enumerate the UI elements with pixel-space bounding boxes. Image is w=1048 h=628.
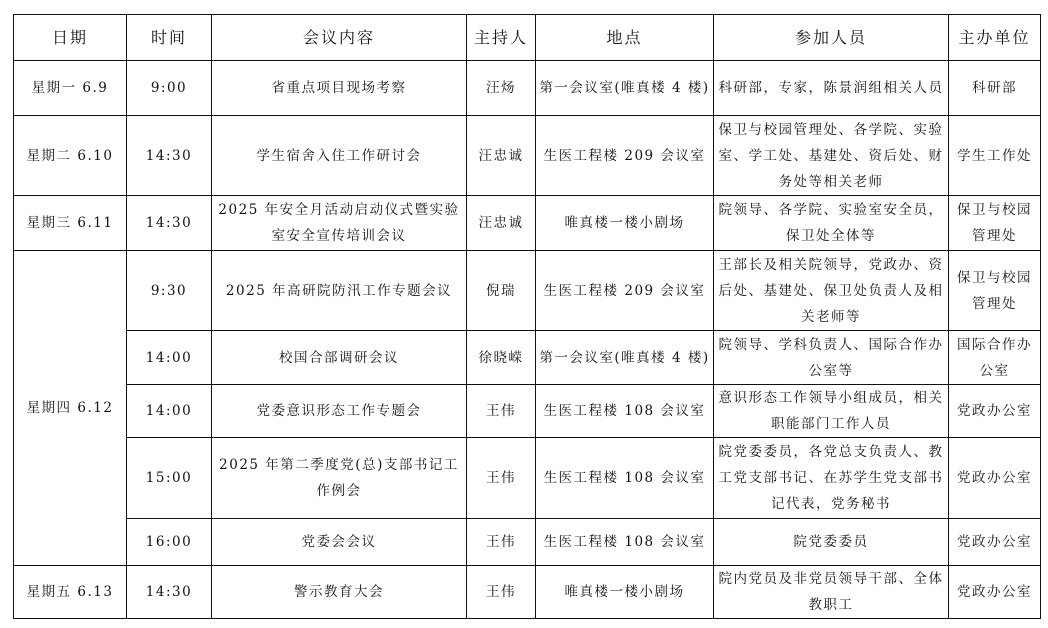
attendees-cell: 保卫与校园管理处、各学院、实验室、学工处、基建处、资后处、财务处等相关老师 xyxy=(714,116,949,196)
topic-cell: 党委意识形态工作专题会 xyxy=(212,385,467,438)
host-cell: 王伟 xyxy=(467,519,536,566)
location-cell: 第一会议室(唯真楼 4 楼) xyxy=(536,331,714,385)
topic-cell: 2025 年第二季度党(总)支部书记工作例会 xyxy=(212,438,467,519)
attendees-cell: 科研部，专家，陈景润组相关人员 xyxy=(714,61,949,116)
table-row: 14:00 校国合部调研会议 徐晓嵘 第一会议室(唯真楼 4 楼) 院领导、学科… xyxy=(14,331,1041,385)
meeting-schedule-table: 日期 时间 会议内容 主持人 地点 参加人员 主办单位 星期一 6.9 9:00… xyxy=(13,14,1041,619)
host-cell: 汪忠诚 xyxy=(467,116,536,196)
host-cell: 徐晓嵘 xyxy=(467,331,536,385)
date-cell: 星期二 6.10 xyxy=(14,116,127,196)
organizer-cell: 党政办公室 xyxy=(949,566,1041,619)
organizer-cell: 科研部 xyxy=(949,61,1041,116)
date-cell: 星期三 6.11 xyxy=(14,196,127,251)
date-cell: 星期五 6.13 xyxy=(14,566,127,619)
header-topic: 会议内容 xyxy=(212,15,467,61)
organizer-cell: 党政办公室 xyxy=(949,438,1041,519)
time-cell: 9:30 xyxy=(127,251,212,331)
table-row: 星期二 6.10 14:30 学生宿舍入住工作研讨会 汪忠诚 生医工程楼 209… xyxy=(14,116,1041,196)
table-row: 15:00 2025 年第二季度党(总)支部书记工作例会 王伟 生医工程楼 10… xyxy=(14,438,1041,519)
location-cell: 唯真楼一楼小剧场 xyxy=(536,566,714,619)
header-organizer: 主办单位 xyxy=(949,15,1041,61)
time-cell: 9:00 xyxy=(127,61,212,116)
host-cell: 汪炀 xyxy=(467,61,536,116)
location-cell: 生医工程楼 209 会议室 xyxy=(536,251,714,331)
time-cell: 14:00 xyxy=(127,385,212,438)
attendees-cell: 王部长及相关院领导，党政办、资后处、基建处、保卫处负责人及相关老师等 xyxy=(714,251,949,331)
organizer-cell: 学生工作处 xyxy=(949,116,1041,196)
organizer-cell: 保卫与校园管理处 xyxy=(949,196,1041,251)
topic-cell: 2025 年高研院防汛工作专题会议 xyxy=(212,251,467,331)
table-row: 星期四 6.12 9:30 2025 年高研院防汛工作专题会议 倪瑞 生医工程楼… xyxy=(14,251,1041,331)
organizer-cell: 国际合作办公室 xyxy=(949,331,1041,385)
table-row: 16:00 党委会会议 王伟 生医工程楼 108 会议室 院党委委员 党政办公室 xyxy=(14,519,1041,566)
organizer-cell: 党政办公室 xyxy=(949,385,1041,438)
time-cell: 15:00 xyxy=(127,438,212,519)
location-cell: 生医工程楼 108 会议室 xyxy=(536,385,714,438)
header-location: 地点 xyxy=(536,15,714,61)
time-cell: 16:00 xyxy=(127,519,212,566)
location-cell: 生医工程楼 209 会议室 xyxy=(536,116,714,196)
date-cell: 星期一 6.9 xyxy=(14,61,127,116)
topic-cell: 警示教育大会 xyxy=(212,566,467,619)
host-cell: 王伟 xyxy=(467,566,536,619)
location-cell: 唯真楼一楼小剧场 xyxy=(536,196,714,251)
time-cell: 14:00 xyxy=(127,331,212,385)
attendees-cell: 院内党员及非党员领导干部、全体教职工 xyxy=(714,566,949,619)
host-cell: 倪瑞 xyxy=(467,251,536,331)
location-cell: 生医工程楼 108 会议室 xyxy=(536,519,714,566)
host-cell: 汪忠诚 xyxy=(467,196,536,251)
header-time: 时间 xyxy=(127,15,212,61)
attendees-cell: 院领导、学科负责人、国际合作办公室等 xyxy=(714,331,949,385)
header-row: 日期 时间 会议内容 主持人 地点 参加人员 主办单位 xyxy=(14,15,1041,61)
header-host: 主持人 xyxy=(467,15,536,61)
attendees-cell: 意识形态工作领导小组成员，相关职能部门工作人员 xyxy=(714,385,949,438)
attendees-cell: 院领导、各学院、实验室安全员，保卫处全体等 xyxy=(714,196,949,251)
organizer-cell: 党政办公室 xyxy=(949,519,1041,566)
header-attendees: 参加人员 xyxy=(714,15,949,61)
location-cell: 生医工程楼 108 会议室 xyxy=(536,438,714,519)
topic-cell: 2025 年安全月活动启动仪式暨实验室安全宣传培训会议 xyxy=(212,196,467,251)
table-row: 星期五 6.13 14:30 警示教育大会 王伟 唯真楼一楼小剧场 院内党员及非… xyxy=(14,566,1041,619)
table-row: 星期一 6.9 9:00 省重点项目现场考察 汪炀 第一会议室(唯真楼 4 楼)… xyxy=(14,61,1041,116)
time-cell: 14:30 xyxy=(127,196,212,251)
topic-cell: 党委会会议 xyxy=(212,519,467,566)
header-date: 日期 xyxy=(14,15,127,61)
host-cell: 王伟 xyxy=(467,385,536,438)
topic-cell: 校国合部调研会议 xyxy=(212,331,467,385)
organizer-cell: 保卫与校园管理处 xyxy=(949,251,1041,331)
date-cell: 星期四 6.12 xyxy=(14,251,127,566)
table-row: 14:00 党委意识形态工作专题会 王伟 生医工程楼 108 会议室 意识形态工… xyxy=(14,385,1041,438)
topic-cell: 学生宿舍入住工作研讨会 xyxy=(212,116,467,196)
time-cell: 14:30 xyxy=(127,116,212,196)
time-cell: 14:30 xyxy=(127,566,212,619)
attendees-cell: 院党委委员，各党总支负责人、教工党支部书记、在苏学生党支部书记代表，党务秘书 xyxy=(714,438,949,519)
table-row: 星期三 6.11 14:30 2025 年安全月活动启动仪式暨实验室安全宣传培训… xyxy=(14,196,1041,251)
host-cell: 王伟 xyxy=(467,438,536,519)
attendees-cell: 院党委委员 xyxy=(714,519,949,566)
location-cell: 第一会议室(唯真楼 4 楼) xyxy=(536,61,714,116)
topic-cell: 省重点项目现场考察 xyxy=(212,61,467,116)
